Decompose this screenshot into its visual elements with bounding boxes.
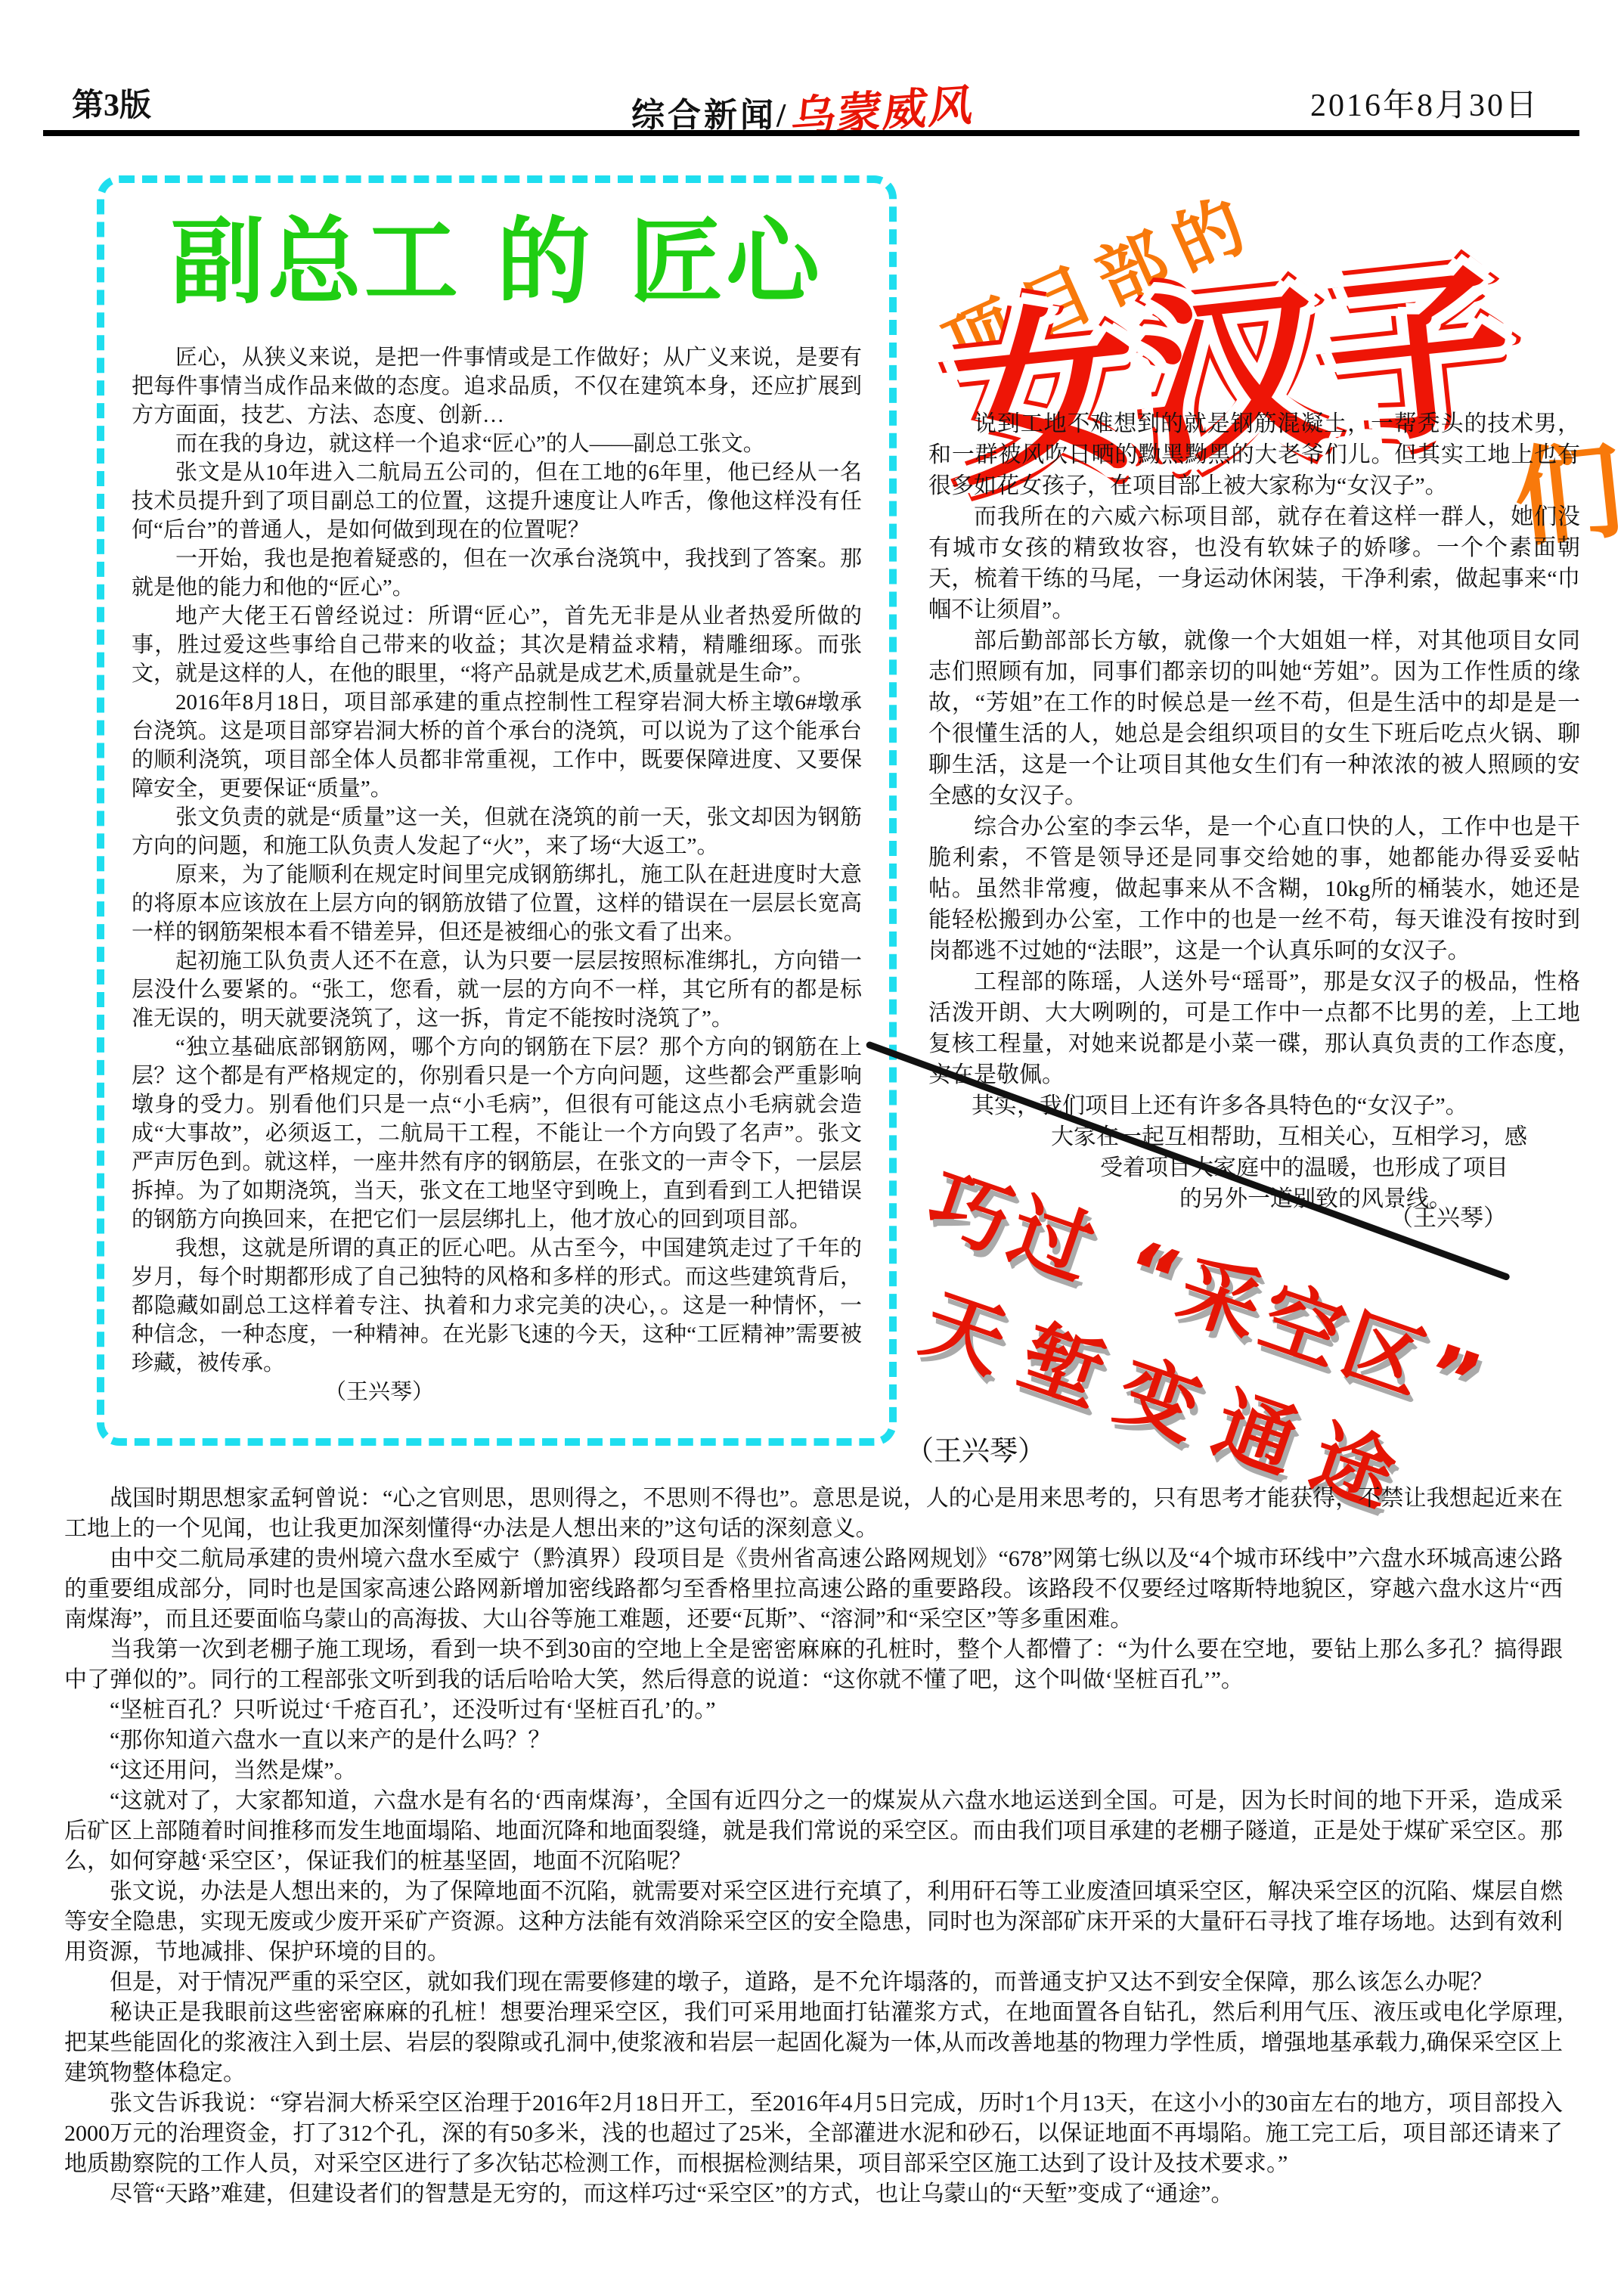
paragraph: 由中交二航局承建的贵州境六盘水至威宁（黔滇界）段项目是《贵州省高速公路网规划》“… [64,1544,1563,1635]
paragraph: 我想，这就是所谓的真正的匠心吧。从古至今，中国建筑走过了千年的岁月，每个时期都形… [132,1234,862,1378]
newspaper-page: 第3版 综合新闻/ 乌蒙威风 2016年8月30日 副总工 的 匠心 匠心，从狭… [0,0,1624,2276]
paragraph: “那你知道六盘水一直以来产的是什么吗？？ [64,1726,1563,1756]
paragraph: “坚桩百孔？只听说过‘千疮百孔’，还没听过有‘坚桩百孔’的。” [64,1695,1563,1726]
paragraph: 原来，为了能顺利在规定时间里完成钢筋绑扎，施工队在赶进度时大意的将原本应该放在上… [132,860,862,947]
tough-girls-paragraphs: 说到工地不难想到的就是钢筋混凝土，一帮秃头的技术男，和一群被风吹日晒的黝黑黝黑的… [928,408,1580,1090]
craftsman-article-body: 匠心，从狭义来说，是把一件事情或是工作做好；从广义来说，是要有把每件事情当成作品… [132,343,862,1378]
mined-out-zone-byline: （王兴琴） [906,1428,1046,1468]
paragraph: 张文负责的就是“质量”这一关，但就在浇筑的前一天，张文却因为钢筋方向的问题，和施… [132,803,862,860]
paragraph: 匠心，从狭义来说，是把一件事情或是工作做好；从广义来说，是要有把每件事情当成作品… [132,343,862,429]
craftsman-article-byline: （王兴琴） [132,1378,862,1406]
paragraph: 战国时期思想家孟轲曾说：“心之官则思，思则得之，不思则不得也”。意思是说，人的心… [64,1484,1563,1544]
craftsman-article-box: 副总工 的 匠心 匠心，从狭义来说，是把一件事情或是工作做好；从广义来说，是要有… [97,175,897,1446]
paragraph: 综合办公室的李云华，是一个心直口快的人，工作中也是干脆利索，不管是领导还是同事交… [928,811,1580,966]
tough-girls-article-body: 说到工地不难想到的就是钢筋混凝土，一帮秃头的技术男，和一群被风吹日晒的黝黑黝黑的… [928,408,1580,1214]
paragraph: 2016年8月18日，项目部承建的重点控制性工程穿岩洞大桥主墩6#墩承台浇筑。这… [132,688,862,803]
tough-girls-byline: （王兴琴） [1390,1198,1507,1233]
craftsman-article-title: 副总工 的 匠心 [132,198,862,327]
publication-date: 2016年8月30日 [1310,80,1539,126]
paragraph: 地产大佬王石曾经说过：所谓“匠心”，首先无非是从业者热爱所做的事，胜过爱这些事给… [132,602,862,688]
paragraph: 一开始，我也是抱着疑惑的，但在一次承台浇筑中，我找到了答案。那就是他的能力和他的… [132,544,862,602]
paragraph: 工程部的陈瑶，人送外号“瑶哥”，那是女汉子的极品，性格活泼开朗、大大咧咧的，可是… [928,966,1580,1090]
paragraph: 张文是从10年进入二航局五公司的，但在工地的6年里，他已经从一名技术员提升到了项… [132,458,862,544]
paragraph: 秘诀正是我眼前这些密密麻麻的孔桩！想要治理采空区，我们可采用地面打钻灌浆方式，在… [64,1998,1563,2088]
paragraph: “这还用问，当然是煤”。 [64,1756,1563,1786]
paragraph: 而在我的身边，就这样一个追求“匠心”的人——副总工张文。 [132,429,862,458]
paragraph: 起初施工队负责人还不在意，认为只要一层层按照标准绑扎，方向错一层没什么要紧的。“… [132,947,862,1033]
paragraph: “独立基础底部钢筋网，哪个方向的钢筋在下层？那个方向的钢筋在上层？这个都是有严格… [132,1033,862,1234]
paragraph: 尽管“天路”难建，但建设者们的智慧是无穷的，而这样巧过“采空区”的方式，也让乌蒙… [64,2179,1563,2209]
paragraph: 而我所在的六威六标项目部，就存在着这样一群人，她们没有城市女孩的精致妆容，也没有… [928,501,1580,625]
paragraph: 但是，对于情况严重的采空区，就如我们现在需要修建的墩子，道路，是不允许塌落的，而… [64,1967,1563,1998]
paragraph: “这就对了，大家都知道，六盘水是有名的‘西南煤海’，全国有近四分之一的煤炭从六盘… [64,1786,1563,1877]
paragraph: 说到工地不难想到的就是钢筋混凝土，一帮秃头的技术男，和一群被风吹日晒的黝黑黝黑的… [928,408,1580,501]
mined-out-zone-article-body: 战国时期思想家孟轲曾说：“心之官则思，思则得之，不思则不得也”。意思是说，人的心… [64,1484,1563,2209]
section-title: 综合新闻/ [631,88,789,136]
paragraph: 当我第一次到老棚子施工现场，看到一块不到30亩的空地上全是密密麻麻的孔桩时，整个… [64,1635,1563,1695]
paragraph: 张文告诉我说：“穿岩洞大桥采空区治理于2016年2月18日开工，至2016年4月… [64,2088,1563,2179]
paragraph: 张文说，办法是人想出来的，为了保障地面不沉陷，就需要对采空区进行充填了，利用矸石… [64,1877,1563,1967]
paragraph: 部后勤部部长方敏，就像一个大姐姐一样，对其他项目女同志们照顾有加，同事们都亲切的… [928,625,1580,811]
paragraph: 大家在一起互相帮助，互相关心，互相学习，感 [928,1121,1580,1152]
header-divider-rule [43,130,1579,136]
edition-number: 第3版 [72,80,151,126]
